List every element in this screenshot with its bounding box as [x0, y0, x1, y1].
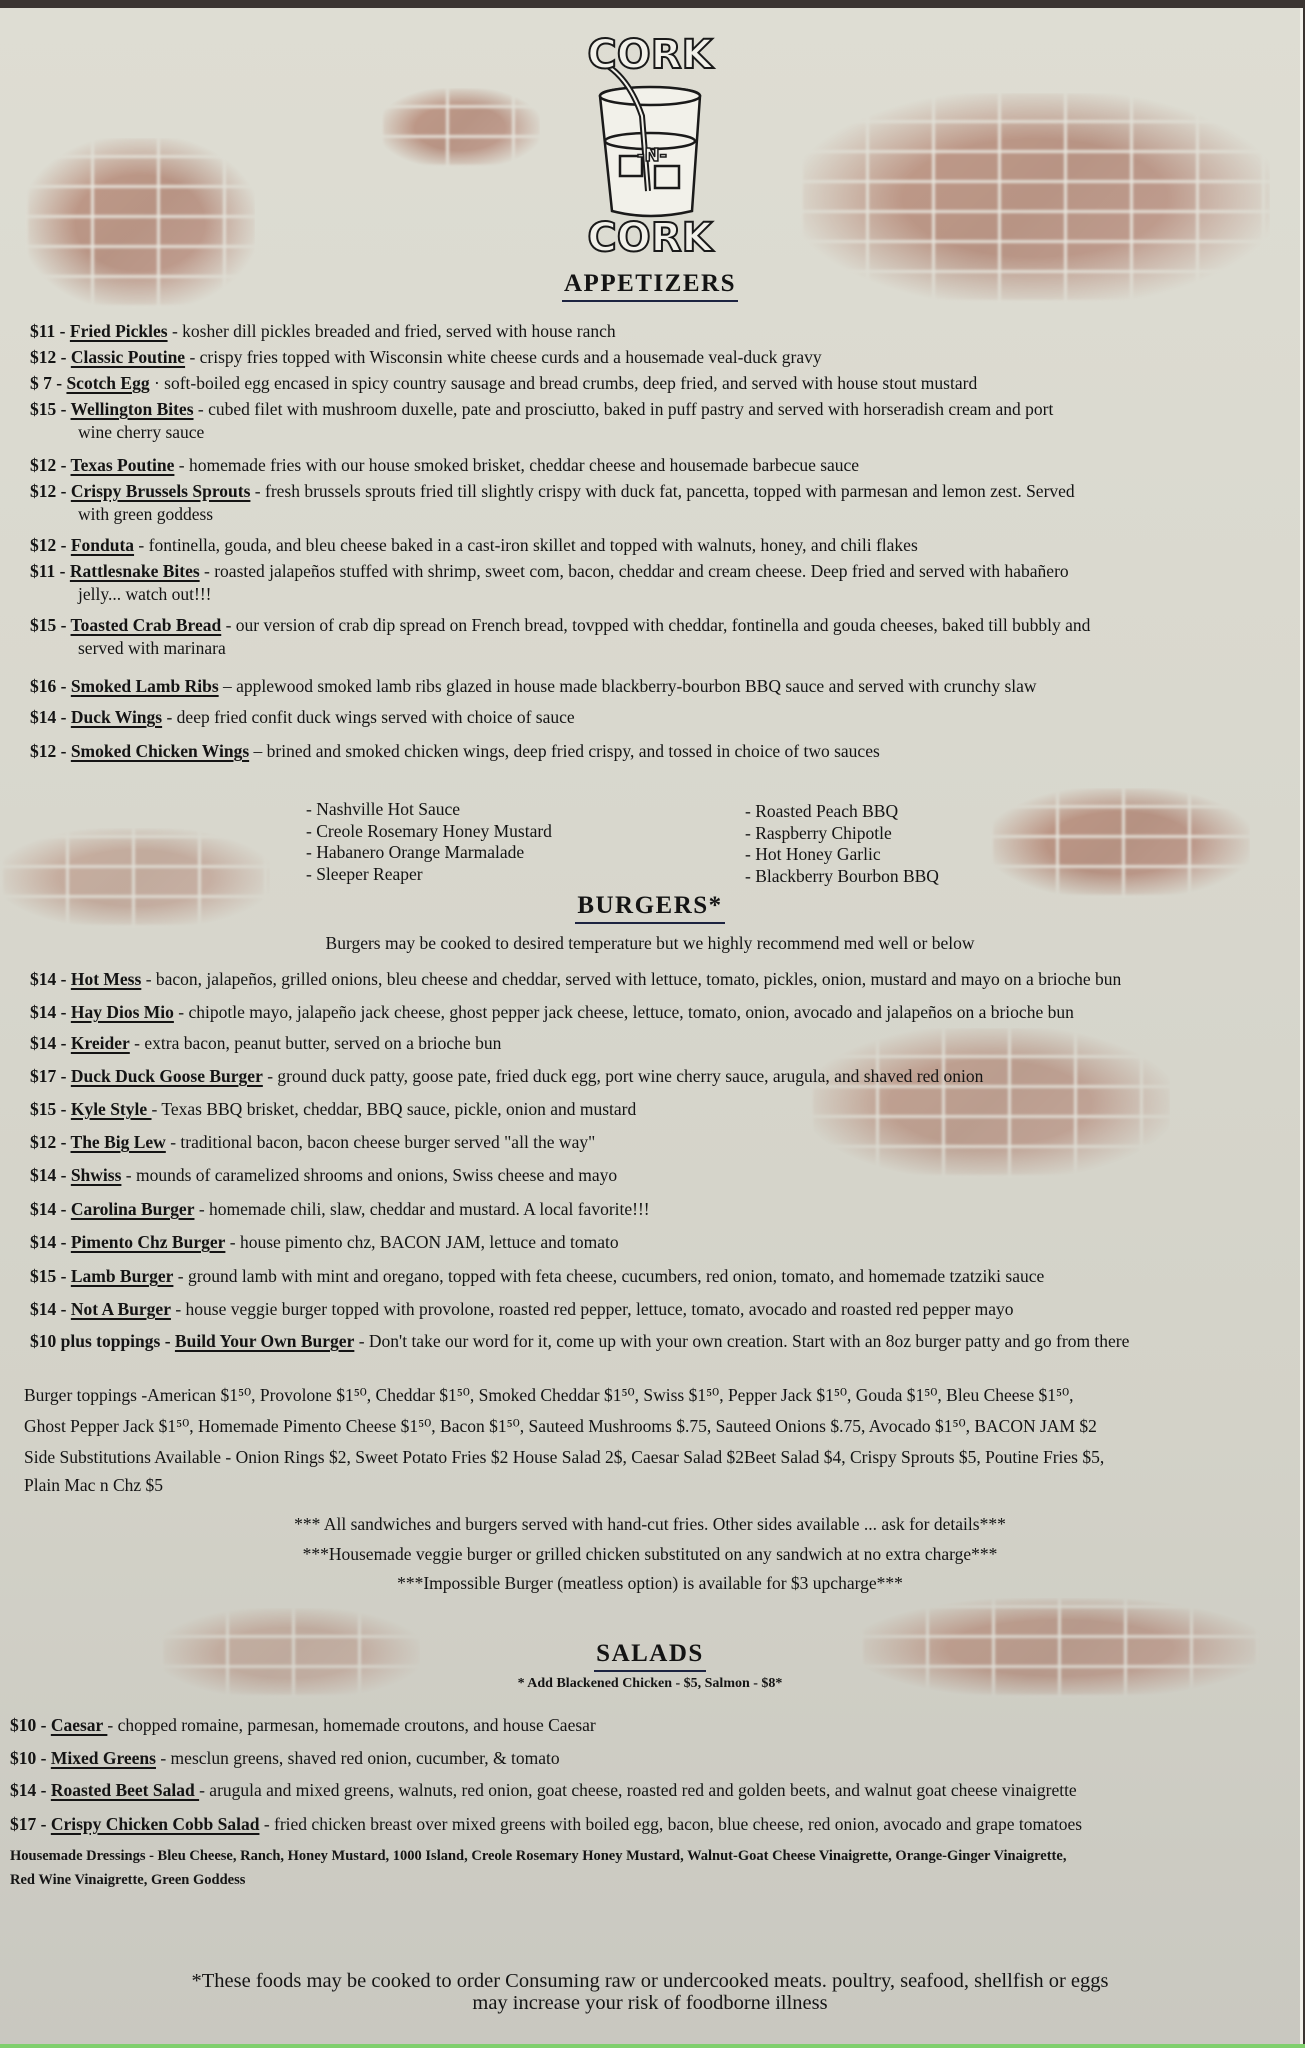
item-description: - bacon, jalapeños, grilled onions, bleu… — [141, 969, 1121, 989]
burger-note: ***Housemade veggie burger or grilled ch… — [0, 1544, 1300, 1565]
item-price: $15 - — [30, 615, 71, 635]
logo-glass-fork-icon: CORK -N- CORK — [560, 26, 740, 256]
burgers-heading: BURGERS* — [0, 892, 1300, 924]
menu-item: $17 - Duck Duck Goose Burger - ground du… — [30, 1065, 1280, 1087]
item-description: · soft-boiled egg encased in spicy count… — [150, 373, 978, 393]
dressings-line: Housemade Dressings - Bleu Cheese, Ranch… — [10, 1844, 1280, 1868]
item-price: $15 - — [30, 399, 71, 419]
item-description: - chipotle mayo, jalapeño jack cheese, g… — [174, 1002, 1074, 1022]
svg-text:-N-: -N- — [637, 145, 667, 166]
menu-item: $14 - Kreider - extra bacon, peanut butt… — [30, 1032, 1280, 1054]
item-description: - arugula and mixed greens, walnuts, red… — [199, 1780, 1077, 1800]
appetizers-heading: APPETIZERS — [0, 270, 1300, 302]
sauce-option: - Creole Rosemary Honey Mustard — [306, 821, 552, 843]
sauces-left-list: - Nashville Hot Sauce- Creole Rosemary H… — [306, 799, 552, 885]
salads-heading: SALADS — [0, 1640, 1300, 1672]
item-price: $14 - — [30, 707, 71, 727]
toppings-line: Ghost Pepper Jack $1⁵⁰, Homemade Pimento… — [24, 1411, 1282, 1442]
disclaimer-line: may increase your risk of foodborne illn… — [0, 1992, 1300, 2014]
burger-note: ***Impossible Burger (meatless option) i… — [0, 1573, 1300, 1594]
item-name: Mixed Greens — [51, 1748, 156, 1768]
item-description: - house veggie burger topped with provol… — [171, 1299, 1014, 1319]
item-description: - fontinella, gouda, and bleu cheese bak… — [134, 535, 918, 555]
appetizers-title: APPETIZERS — [562, 270, 738, 302]
menu-item: $10 - Caesar - chopped romaine, parmesan… — [10, 1714, 1280, 1736]
item-price: $14 - — [10, 1780, 51, 1800]
item-description: - mesclun greens, shaved red onion, cucu… — [156, 1748, 560, 1768]
item-description: - extra bacon, peanut butter, served on … — [130, 1033, 502, 1053]
item-name: Rattlesnake Bites — [70, 561, 200, 581]
menu-item: $ 7 - Scotch Egg · soft-boiled egg encas… — [30, 372, 1280, 394]
brick-decoration — [990, 788, 1250, 898]
item-price: $12 - — [30, 535, 71, 555]
sauce-option: - Habanero Orange Marmalade — [306, 842, 552, 864]
housemade-dressings: Housemade Dressings - Bleu Cheese, Ranch… — [10, 1844, 1280, 1892]
item-description: - house pimento chz, BACON JAM, lettuce … — [225, 1232, 618, 1252]
item-name: Scotch Egg — [66, 373, 149, 393]
item-price: $14 - — [30, 1002, 71, 1022]
menu-page: CORK -N- CORK APPETIZERS $11 - Fried Pic… — [0, 8, 1303, 2044]
item-price: $15 - — [30, 1099, 71, 1119]
menu-item: $12 - Smoked Chicken Wings – brined and … — [30, 740, 1280, 762]
item-description: – brined and smoked chicken wings, deep … — [249, 741, 880, 761]
item-name: Smoked Chicken Wings — [71, 741, 249, 761]
item-description-continued: jelly... watch out!!! — [30, 583, 1280, 605]
item-description: - crispy fries topped with Wisconsin whi… — [185, 347, 822, 367]
item-name: Duck Wings — [71, 707, 162, 727]
item-name: Toasted Crab Bread — [71, 615, 222, 635]
burger-note: *** All sandwiches and burgers served wi… — [0, 1514, 1300, 1535]
item-price: $17 - — [10, 1814, 51, 1834]
item-name: Crispy Brussels Sprouts — [71, 481, 251, 501]
svg-text:CORK: CORK — [587, 215, 714, 256]
item-price: $12 - — [30, 741, 71, 761]
item-price: $10 - — [10, 1748, 51, 1768]
item-description: - homemade chili, slaw, cheddar and must… — [194, 1199, 649, 1219]
item-name: Pimento Chz Burger — [71, 1232, 226, 1252]
menu-item: $12 - Texas Poutine - homemade fries wit… — [30, 454, 1280, 476]
item-price: $15 - — [30, 1266, 71, 1286]
item-price: $14 - — [30, 969, 71, 989]
menu-item: $14 - Roasted Beet Salad - arugula and m… — [10, 1779, 1280, 1801]
item-description: - deep fried confit duck wings served wi… — [162, 707, 575, 727]
toppings-line: Burger toppings -American $1⁵⁰, Provolon… — [24, 1380, 1282, 1411]
item-name: Caesar — [51, 1715, 108, 1735]
item-price: $12 - — [30, 481, 71, 501]
menu-item: $15 - Wellington Bites - cubed filet wit… — [30, 398, 1280, 443]
item-name: Lamb Burger — [71, 1266, 174, 1286]
item-name: Classic Poutine — [71, 347, 185, 367]
menu-item: $15 - Toasted Crab Bread - our version o… — [30, 614, 1280, 659]
item-description: - chopped romaine, parmesan, homemade cr… — [107, 1715, 595, 1735]
menu-item: $14 - Duck Wings - deep fried confit duc… — [30, 706, 1280, 728]
item-price: $12 - — [30, 1132, 71, 1152]
salads-subtitle: * Add Blackened Chicken - $5, Salmon - $… — [0, 1676, 1300, 1692]
sauce-option: - Hot Honey Garlic — [745, 844, 939, 866]
sauce-option: - Roasted Peach BBQ — [745, 801, 939, 823]
item-price: $11 - — [30, 561, 70, 581]
item-price: $14 - — [30, 1165, 71, 1185]
item-description: - fried chicken breast over mixed greens… — [259, 1814, 1082, 1834]
item-price: $ 7 - — [30, 373, 66, 393]
item-description: - homemade fries with our house smoked b… — [174, 455, 859, 475]
item-description: - mounds of caramelized shrooms and onio… — [121, 1165, 617, 1185]
menu-item: $10 - Mixed Greens - mesclun greens, sha… — [10, 1747, 1280, 1769]
item-description: - cubed filet with mushroom duxelle, pat… — [194, 399, 1054, 419]
item-price: $10 - — [10, 1715, 51, 1735]
item-price: $11 - — [30, 321, 70, 341]
menu-item: $12 - The Big Lew - traditional bacon, b… — [30, 1131, 1280, 1153]
item-description: - kosher dill pickles breaded and fried,… — [168, 321, 616, 341]
sauce-option: - Nashville Hot Sauce — [306, 799, 552, 821]
menu-item: $10 plus toppings - Build Your Own Burge… — [30, 1330, 1280, 1352]
item-description: - roasted jalapeños stuffed with shrimp,… — [200, 561, 1069, 581]
item-description-continued: served with marinara — [30, 637, 1280, 659]
disclaimer-line: *These foods may be cooked to order Cons… — [0, 1970, 1300, 1992]
item-description: – applewood smoked lamb ribs glazed in h… — [219, 676, 1037, 696]
menu-item: $14 - Shwiss - mounds of caramelized shr… — [30, 1164, 1280, 1186]
menu-item: $12 - Classic Poutine - crispy fries top… — [30, 346, 1280, 368]
bottom-edge — [0, 2044, 1305, 2048]
item-name: Duck Duck Goose Burger — [71, 1066, 263, 1086]
burger-toppings-note: Burger toppings -American $1⁵⁰, Provolon… — [24, 1380, 1282, 1498]
item-name: The Big Lew — [71, 1132, 166, 1152]
item-price: $10 plus toppings - — [30, 1331, 175, 1351]
item-price: $17 - — [30, 1066, 71, 1086]
item-price: $14 - — [30, 1033, 71, 1053]
brick-decoration — [380, 88, 540, 168]
item-price: $12 - — [30, 455, 71, 475]
sauce-option: - Blackberry Bourbon BBQ — [745, 866, 939, 888]
menu-item: $14 - Hot Mess - bacon, jalapeños, grill… — [30, 968, 1280, 990]
menu-item: $15 - Kyle Style - Texas BBQ brisket, ch… — [30, 1098, 1280, 1120]
item-price: $14 - — [30, 1232, 71, 1252]
item-price: $16 - — [30, 676, 71, 696]
item-name: Hot Mess — [71, 969, 141, 989]
sauce-option: - Raspberry Chipotle — [745, 823, 939, 845]
menu-item: $15 - Lamb Burger - ground lamb with min… — [30, 1265, 1280, 1287]
item-description: - Texas BBQ brisket, cheddar, BBQ sauce,… — [152, 1099, 637, 1119]
item-description-continued: wine cherry sauce — [30, 421, 1280, 443]
item-name: Kyle Style — [71, 1099, 152, 1119]
item-description: - traditional bacon, bacon cheese burger… — [166, 1132, 595, 1152]
menu-item: $17 - Crispy Chicken Cobb Salad - fried … — [10, 1813, 1280, 1835]
item-name: Fried Pickles — [70, 321, 168, 341]
menu-item: $14 - Not A Burger - house veggie burger… — [30, 1298, 1280, 1320]
item-name: Carolina Burger — [71, 1199, 195, 1219]
item-price: $14 - — [30, 1299, 71, 1319]
item-name: Roasted Beet Salad — [51, 1780, 199, 1800]
item-name: Wellington Bites — [71, 399, 194, 419]
burgers-subtitle: Burgers may be cooked to desired tempera… — [0, 933, 1300, 954]
menu-item: $16 - Smoked Lamb Ribs – applewood smoke… — [30, 675, 1280, 697]
sides-line: Plain Mac n Chz $5 — [24, 1472, 1282, 1498]
item-description: - ground lamb with mint and oregano, top… — [173, 1266, 1044, 1286]
svg-text:CORK: CORK — [587, 32, 714, 78]
item-description: - fresh brussels sprouts fried till slig… — [250, 481, 1074, 501]
item-price: $12 - — [30, 347, 71, 367]
menu-item: $14 - Hay Dios Mio - chipotle mayo, jala… — [30, 1001, 1280, 1023]
menu-item: $11 - Rattlesnake Bites - roasted jalape… — [30, 560, 1280, 605]
item-name: Not A Burger — [71, 1299, 171, 1319]
item-name: Smoked Lamb Ribs — [71, 676, 219, 696]
cork-n-cork-logo: CORK -N- CORK — [560, 26, 740, 256]
item-name: Hay Dios Mio — [71, 1002, 174, 1022]
food-safety-disclaimer: *These foods may be cooked to order Cons… — [0, 1970, 1300, 2014]
burgers-title: BURGERS* — [575, 892, 724, 924]
item-name: Fonduta — [71, 535, 134, 555]
item-name: Shwiss — [71, 1165, 122, 1185]
menu-item: $14 - Carolina Burger - homemade chili, … — [30, 1198, 1280, 1220]
item-name: Kreider — [71, 1033, 130, 1053]
sauces-right-list: - Roasted Peach BBQ- Raspberry Chipotle-… — [745, 801, 939, 887]
item-description: - Don't take our word for it, come up wi… — [354, 1331, 1129, 1351]
dressings-line: Red Wine Vinaigrette, Green Goddess — [10, 1868, 1280, 1892]
item-name: Texas Poutine — [71, 455, 175, 475]
item-description: - our version of crab dip spread on Fren… — [221, 615, 1090, 635]
sides-line: Side Substitutions Available - Onion Rin… — [24, 1442, 1282, 1472]
menu-item: $12 - Crispy Brussels Sprouts - fresh br… — [30, 480, 1280, 525]
item-description-continued: with green goddess — [30, 503, 1280, 525]
menu-item: $14 - Pimento Chz Burger - house pimento… — [30, 1231, 1280, 1253]
item-price: $14 - — [30, 1199, 71, 1219]
menu-item: $12 - Fonduta - fontinella, gouda, and b… — [30, 534, 1280, 556]
salads-title: SALADS — [594, 1640, 706, 1672]
menu-item: $11 - Fried Pickles - kosher dill pickle… — [30, 320, 1280, 342]
item-name: Build Your Own Burger — [175, 1331, 354, 1351]
item-name: Crispy Chicken Cobb Salad — [51, 1814, 260, 1834]
sauce-option: - Sleeper Reaper — [306, 864, 552, 886]
item-description: - ground duck patty, goose pate, fried d… — [263, 1066, 984, 1086]
